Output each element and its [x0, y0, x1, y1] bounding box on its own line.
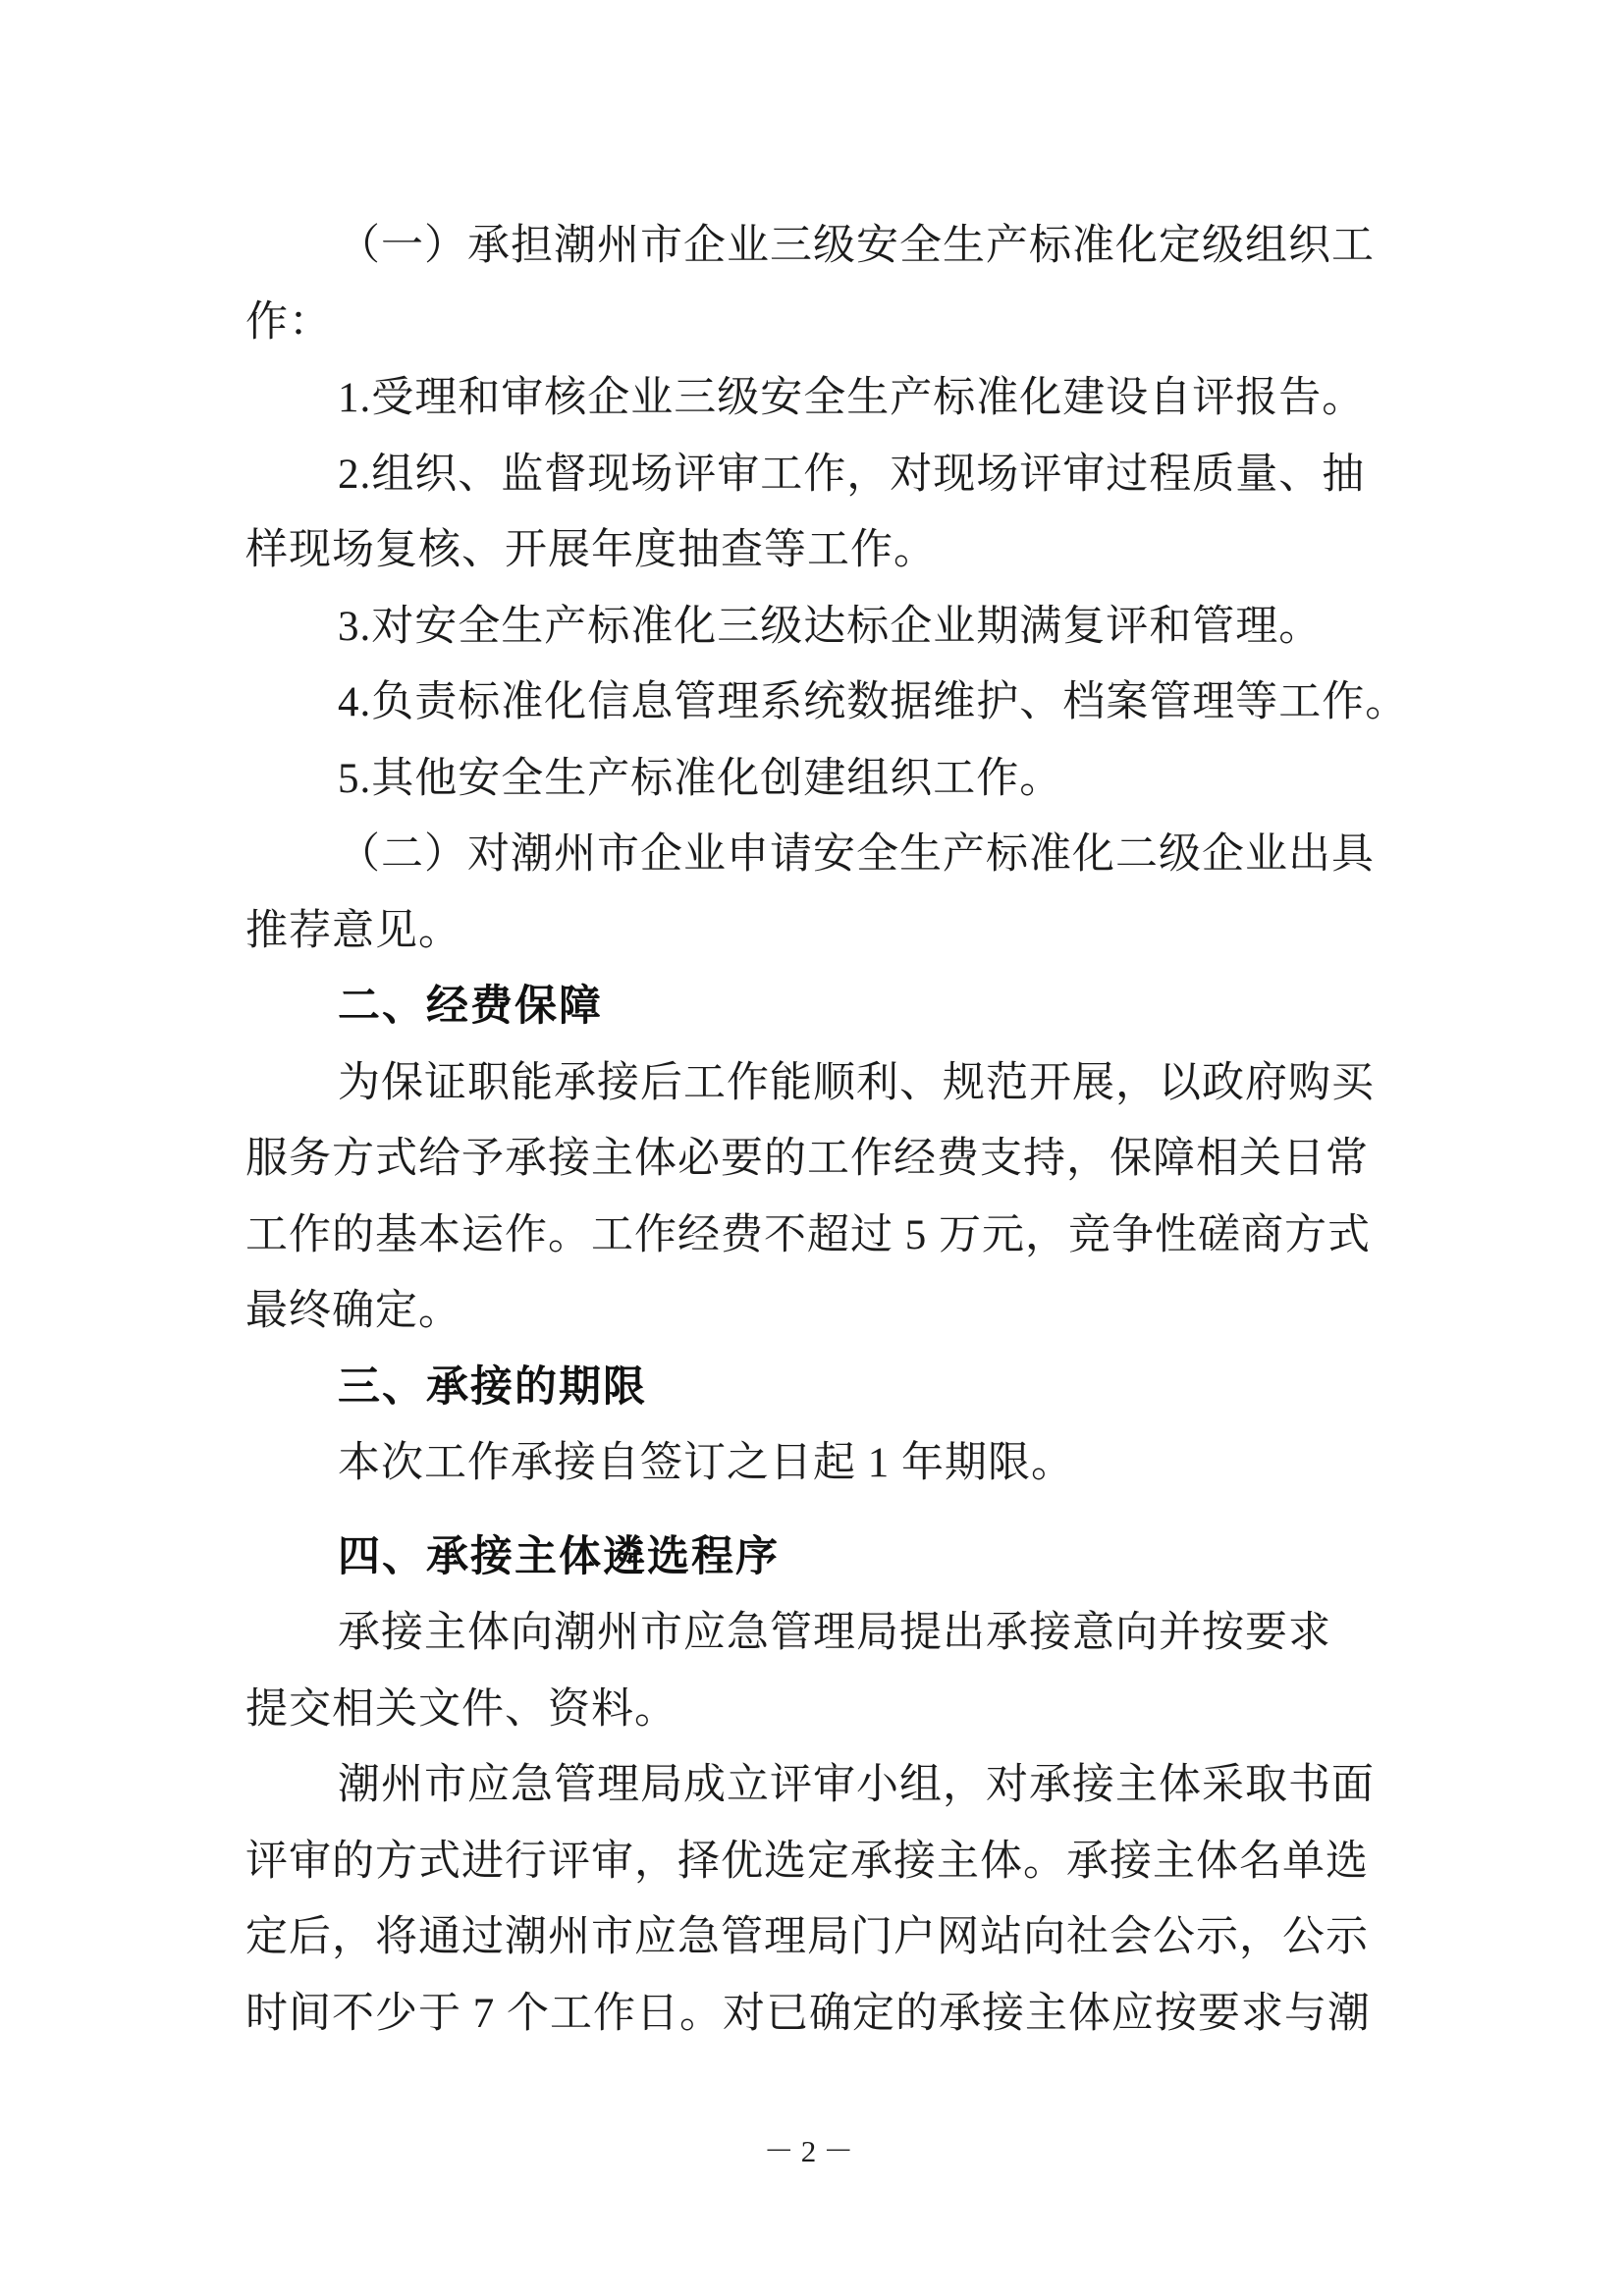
paragraph-line: 定后，将通过潮州市应急管理局门户网站向社会公示，公示 — [245, 1899, 1394, 1976]
paragraph-line: 推荐意见。 — [245, 893, 1394, 970]
paragraph-line: 提交相关文件、资料。 — [245, 1672, 1394, 1748]
paragraph-line: 潮州市应急管理局成立评审小组，对承接主体采取书面 — [245, 1747, 1394, 1824]
paragraph-line: （二）对潮州市企业申请安全生产标准化二级企业出具 — [245, 817, 1394, 893]
document-page: （一）承担潮州市企业三级安全生产标准化定级组织工 作： 1.受理和审核企业三级安… — [0, 0, 1624, 2296]
paragraph-line: 时间不少于 7 个工作日。对已确定的承接主体应按要求与潮 — [245, 1976, 1394, 2053]
paragraph-line: 最终确定。 — [245, 1273, 1394, 1350]
list-item-line: 2.组织、监督现场评审工作，对现场评审过程质量、抽 — [245, 437, 1394, 513]
section-heading: 四、承接主体遴选程序 — [245, 1520, 1394, 1596]
paragraph-line: （一）承担潮州市企业三级安全生产标准化定级组织工 — [245, 208, 1394, 285]
paragraph-line: 服务方式给予承接主体必要的工作经费支持，保障相关日常 — [245, 1121, 1394, 1198]
section-heading: 二、经费保障 — [245, 969, 1394, 1045]
list-item-line: 4.负责标准化信息管理系统数据维护、档案管理等工作。 — [245, 665, 1394, 741]
page-number: －2－ — [0, 2132, 1624, 2171]
paragraph-line: 作： — [245, 285, 1394, 361]
list-item-line: 5.其他安全生产标准化创建组织工作。 — [245, 741, 1394, 818]
section-heading: 三、承接的期限 — [245, 1350, 1394, 1426]
paragraph-line: 本次工作承接自签订之日起 1 年期限。 — [245, 1425, 1394, 1502]
list-item-line: 1.受理和审核企业三级安全生产标准化建设自评报告。 — [245, 360, 1394, 437]
paragraph-line: 工作的基本运作。工作经费不超过 5 万元，竞争性磋商方式 — [245, 1198, 1394, 1274]
list-item-line: 3.对安全生产标准化三级达标企业期满复评和管理。 — [245, 589, 1394, 666]
paragraph-line: 为保证职能承接后工作能顺利、规范开展，以政府购买 — [245, 1045, 1394, 1122]
paragraph-line: 承接主体向潮州市应急管理局提出承接意向并按要求 — [245, 1595, 1394, 1672]
paragraph-line: 样现场复核、开展年度抽查等工作。 — [245, 512, 1394, 589]
document-body: （一）承担潮州市企业三级安全生产标准化定级组织工 作： 1.受理和审核企业三级安… — [245, 208, 1394, 2052]
paragraph-line: 评审的方式进行评审，择优选定承接主体。承接主体名单选 — [245, 1824, 1394, 1900]
